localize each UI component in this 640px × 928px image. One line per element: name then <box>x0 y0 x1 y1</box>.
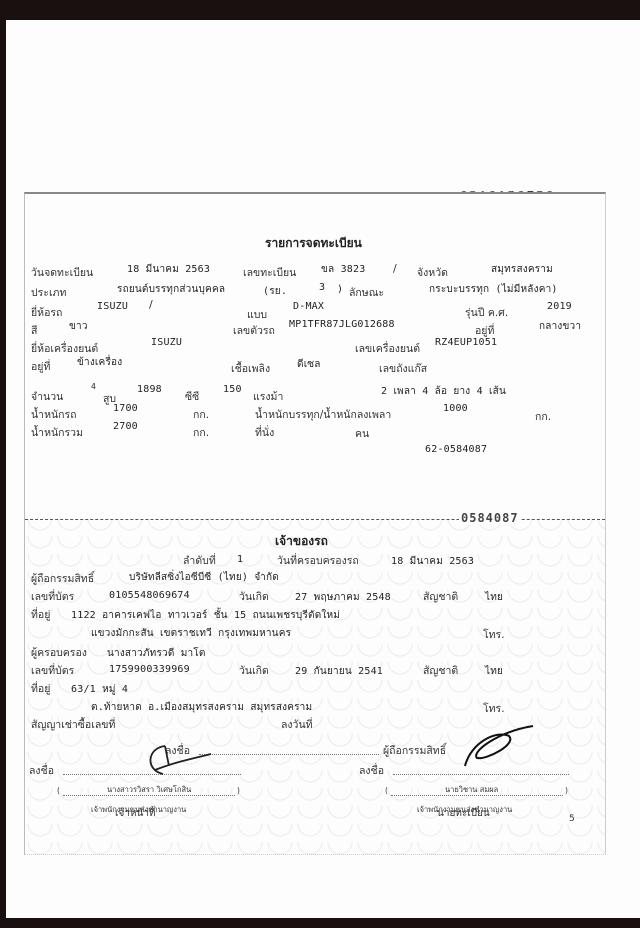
cylinders-value: 4 <box>91 382 96 391</box>
signature-right-icon <box>457 722 537 770</box>
possessor-addr-label: ที่อยู่ <box>31 680 50 697</box>
reg-date-value: 18 มีนาคม 2563 <box>127 262 210 277</box>
possessor-birth-label: วันเกิด <box>239 662 269 679</box>
load-unit: กก. <box>535 408 551 425</box>
possessor-addr-line2: ต.ท้ายหาด อ.เมืองสมุทรสงคราม สมุทรสงคราม <box>91 700 312 715</box>
holder-nat-value: ไทย <box>485 590 503 605</box>
holder-birth-label: วันเกิด <box>239 588 269 605</box>
province-value: สมุทรสงคราม <box>491 262 553 277</box>
holder-tel-label: โทร. <box>483 626 505 643</box>
reg-date-label: วันจดทะเบียน <box>31 264 93 281</box>
holder-addr-line2: แขวงมักกะสัน เขตราชเทวี กรุงเทพมหานคร <box>91 626 291 641</box>
holder-birth-value: 27 พฤษภาคม 2548 <box>295 590 391 605</box>
check-mark: / <box>393 262 397 275</box>
possession-date-label: วันที่ครอบครองรถ <box>277 552 359 569</box>
province-label: จังหวัด <box>417 264 448 281</box>
count-label: จำนวน <box>31 388 63 405</box>
chassis-value: MP1TFR87JLG012688 <box>289 319 395 330</box>
possessor-label: ผู้ครอบครอง <box>31 644 87 661</box>
weight-value: 1700 <box>113 403 138 414</box>
chassis-label: เลขตัวรถ <box>233 322 275 339</box>
weight-unit: กก. <box>193 406 209 423</box>
possessor-tel-label: โทร. <box>483 700 505 717</box>
color-value: ขาว <box>69 319 88 334</box>
officer-left-name: นางสาวรวิสรา วิเศษโกสิน <box>107 784 191 796</box>
registration-title: รายการจดทะเบียน <box>265 234 362 253</box>
brand-label: ยี่ห้อรถ <box>31 304 62 321</box>
officer-left-role: เจ้าหน้าที่ <box>115 806 156 821</box>
hp-unit: แรงม้า <box>253 388 283 405</box>
fuel-label: เชื้อเพลิง <box>231 360 270 377</box>
hp-value: 150 <box>223 384 242 395</box>
seq-label: ลำดับที่ <box>183 552 216 569</box>
scanned-page: 0210130530 ɑ 20/2/63 รายการจดทะเบียน วัน… <box>6 20 640 918</box>
model-value: D-MAX <box>293 301 324 312</box>
possessor-id-value: 1759900339969 <box>109 664 190 675</box>
possessor-addr-line1: 63/1 หมู่ 4 <box>71 682 128 697</box>
check-mark: / <box>149 298 153 311</box>
lease-label: สัญญาเช่าซื้อเลขที่ <box>31 716 115 733</box>
gross-label: น้ำหนักรวม <box>31 424 83 441</box>
year-value: 2019 <box>547 301 572 312</box>
possessor-nat-label: สัญชาติ <box>423 662 458 679</box>
weight-label: น้ำหนักรถ <box>31 406 77 423</box>
possession-date-value: 18 มีนาคม 2563 <box>391 554 474 569</box>
type-label: ประเภท <box>31 284 66 301</box>
holder-sign-suffix: ผู้ถือกรรมสิทธิ์ <box>383 742 446 759</box>
fuel-value: ดีเซล <box>297 357 321 372</box>
axles-value: 2 เพลา 4 ล้อ ยาง 4 เส้น <box>381 384 506 399</box>
officer-right-role: นายทะเบียน <box>437 806 490 821</box>
engine-loc-value: ข้างเครื่อง <box>77 355 122 370</box>
load-value: 1000 <box>443 403 468 414</box>
engine-no-label: เลขเครื่องยนต์ <box>355 340 420 357</box>
gas-tank-label: เลขถังแก๊ส <box>379 360 427 377</box>
type-code-close: ) <box>337 284 343 295</box>
possessor-value: นางสาวภัทรวดี มาโต <box>107 646 206 661</box>
doc-number: 62-0584087 <box>425 444 487 455</box>
sign-line <box>199 754 379 755</box>
gross-value: 2700 <box>113 421 138 432</box>
officer-right-name: นายวิชาน สมผล <box>445 784 498 796</box>
sign-label-right: ลงชื่อ <box>359 762 384 779</box>
brand-value: ISUZU <box>97 301 128 312</box>
seats-label: ที่นั่ง <box>255 424 274 441</box>
serial-stamp: 0584087 <box>459 511 521 525</box>
holder-addr-line1: 1122 อาคารเคฟไอ ทาวเวอร์ ชั้น 15 ถนนเพชร… <box>71 608 340 623</box>
body-value: กระบะบรรทุก (ไม่มีหลังคา) <box>429 282 558 297</box>
seq-value: 1 <box>237 554 243 565</box>
engine-brand-value: ISUZU <box>151 337 182 348</box>
type-value: รถยนต์บรรทุกส่วนบุคคล <box>117 282 225 297</box>
type-code-num: 3 <box>319 282 325 293</box>
plate-value: ขล 3823 <box>321 262 365 277</box>
holder-nat-label: สัญชาติ <box>423 588 458 605</box>
load-label: น้ำหนักบรรทุก/น้ำหนักลงเพลา <box>255 406 391 423</box>
registration-form: รายการจดทะเบียน วันจดทะเบียน 18 มีนาคม 2… <box>24 192 606 855</box>
seats-unit: คน <box>355 425 369 442</box>
page-number: 5 <box>569 814 575 824</box>
plate-label: เลขทะเบียน <box>243 264 296 281</box>
engine-no-value: RZ4EUP1051 <box>435 337 497 348</box>
holder-value: บริษัทลีสซิ่งไอซีบีซี (ไทย) จำกัด <box>129 570 279 585</box>
body-label: ลักษณะ <box>349 284 384 301</box>
lease-date-label: ลงวันที่ <box>281 716 313 733</box>
gross-unit: กก. <box>193 424 209 441</box>
sign-label-left: ลงชื่อ <box>29 762 54 779</box>
chassis-loc-value: กลางขวา <box>539 319 581 334</box>
type-code-open: (รย. <box>263 284 287 299</box>
color-label: สี <box>31 322 37 339</box>
holder-id-label: เลขที่บัตร <box>31 588 74 605</box>
sign-line-right <box>393 774 569 775</box>
holder-label: ผู้ถือกรรมสิทธิ์ <box>31 570 94 587</box>
cc-value: 1898 <box>137 384 162 395</box>
owner-title: เจ้าของรถ <box>275 532 328 551</box>
holder-id-value: 0105548069674 <box>109 590 190 601</box>
possessor-nat-value: ไทย <box>485 664 503 679</box>
signature-left-icon <box>125 740 215 780</box>
holder-addr-label: ที่อยู่ <box>31 606 50 623</box>
possessor-id-label: เลขที่บัตร <box>31 662 74 679</box>
year-label: รุ่นปี ค.ศ. <box>465 304 508 321</box>
possessor-birth-value: 29 กันยายน 2541 <box>295 664 383 679</box>
cc-unit: ซีซี <box>185 388 199 405</box>
engine-loc-label: อยู่ที่ <box>31 358 50 375</box>
model-label: แบบ <box>247 306 267 323</box>
